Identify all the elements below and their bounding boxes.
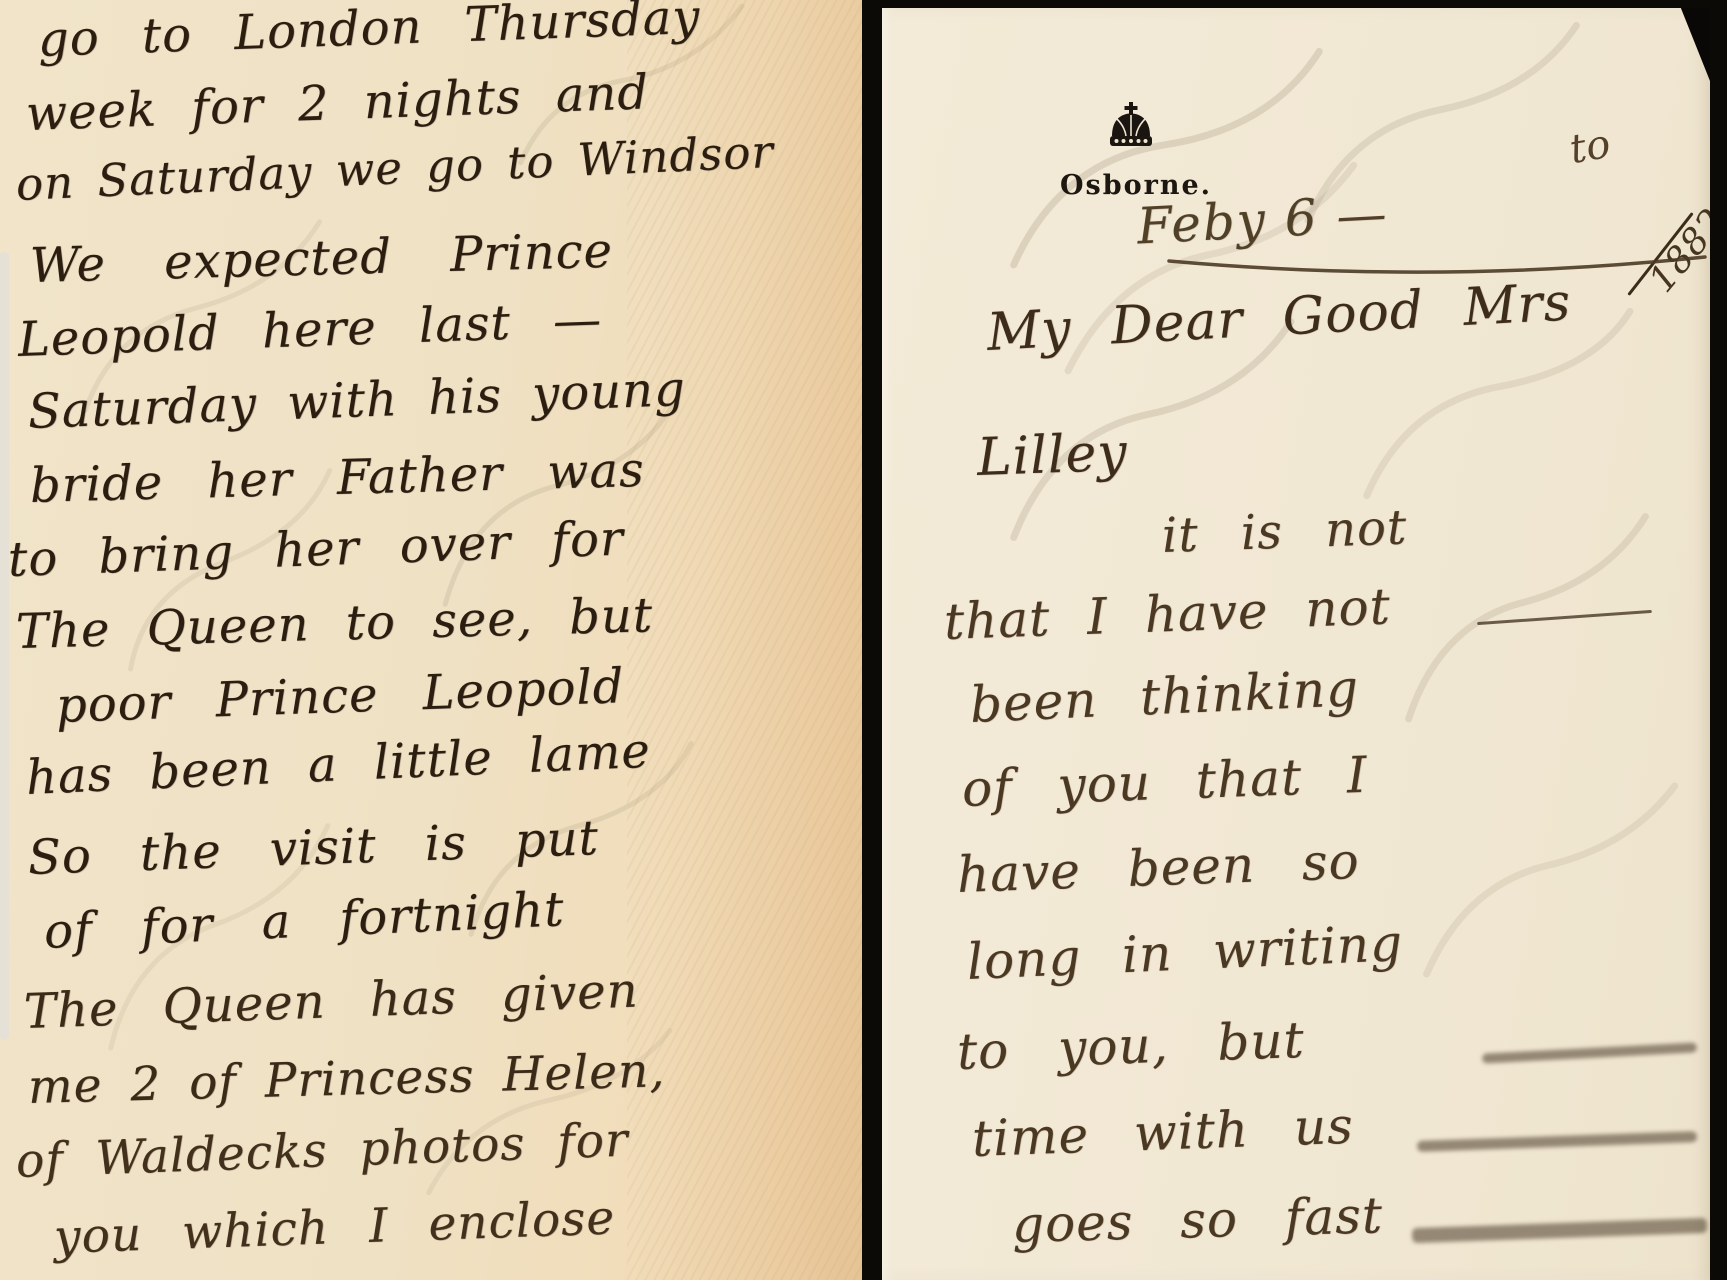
letter-page-right: Osborne. to Feby 6 — 1882 My Dear Good M… [882, 8, 1710, 1280]
date-annotation: to [1566, 121, 1614, 173]
ink-smudge [1482, 1042, 1697, 1063]
handwritten-line: We expected Prince [29, 223, 613, 294]
handwritten-line: it is not [1161, 499, 1408, 564]
ink-smudge [1412, 1218, 1707, 1243]
handwritten-line: you which I enclose [53, 1190, 616, 1265]
letter-page-left: go to London Thursday week for 2 nights … [0, 0, 862, 1280]
crown-icon [1104, 102, 1158, 154]
letter-scan: go to London Thursday week for 2 nights … [0, 0, 1727, 1280]
handwritten-line: been thinking [969, 659, 1360, 734]
handwritten-line: has been a little lame [25, 723, 652, 806]
handwritten-line: of for a fortnight [43, 881, 566, 960]
handwritten-line: go to London Thursday [37, 0, 701, 68]
handwritten-line: to you, but [956, 1011, 1306, 1081]
handwritten-line: The Queen has given [23, 963, 639, 1040]
date-line: Feby 6 — [1136, 184, 1390, 255]
ink-cross-stroke [1477, 610, 1652, 625]
scan-edge-sliver [0, 252, 9, 1040]
handwritten-line: goes so fast [1011, 1186, 1383, 1254]
handwritten-line: have been so [956, 832, 1361, 904]
handwritten-line: that I have not [943, 577, 1392, 651]
ink-smudge [1417, 1131, 1697, 1152]
handwritten-line: Lilley [976, 423, 1129, 488]
handwritten-line: time with us [971, 1097, 1355, 1168]
handwritten-line: Leopold here last — [17, 292, 603, 368]
handwritten-line: long in writing [966, 914, 1404, 991]
handwritten-line: week for 2 nights and [25, 64, 650, 142]
handwritten-line: The Queen to see, but [15, 587, 653, 660]
handwritten-line: of Waldecks photos for [15, 1113, 629, 1189]
handwritten-line: me 2 of Princess Helen, [27, 1043, 666, 1115]
handwritten-line: to bring her over for [7, 511, 625, 588]
handwritten-line: of you that I [961, 746, 1369, 818]
handwritten-line: Saturday with his young [27, 361, 687, 440]
handwritten-line: bride her Father was [29, 442, 645, 514]
handwritten-line: poor Prince Leopold [55, 658, 625, 734]
handwritten-line: So the visit is put [27, 810, 600, 886]
scan-corner-shadow [1674, 8, 1710, 86]
